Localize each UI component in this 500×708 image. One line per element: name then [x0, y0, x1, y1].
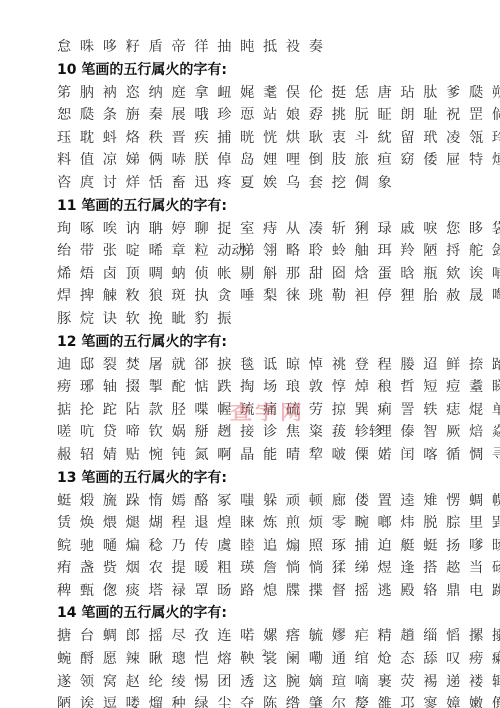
character: 啵 [332, 444, 355, 467]
character: 瑄 [332, 671, 355, 694]
character: 痢 [377, 399, 400, 422]
character: 闰 [400, 444, 423, 467]
character: 惰 [149, 490, 172, 513]
character: 熘 [149, 693, 172, 708]
character: 啕 [492, 285, 500, 308]
character: 罩 [194, 580, 217, 603]
character: 赧 [57, 444, 80, 467]
character: 哺 [492, 263, 500, 286]
character: 瓞 [469, 82, 492, 105]
character: 挑 [332, 104, 355, 127]
character: 孬 [309, 104, 332, 127]
character: 领 [80, 671, 103, 694]
character: 盏 [80, 557, 103, 580]
character: 煎 [286, 512, 309, 535]
section-heading: 11 笔画的五行属火的字有: [57, 195, 477, 218]
character: 焯 [355, 376, 378, 399]
character: 缁 [423, 625, 446, 648]
character: 酹 [80, 648, 103, 671]
character: 珧 [309, 285, 332, 308]
character: 粒 [194, 240, 217, 263]
character: 豹 [194, 308, 217, 331]
character: 庭 [171, 82, 194, 105]
character: 蜓 [423, 535, 446, 558]
character: 焦 [286, 421, 309, 444]
character: 逵 [400, 490, 423, 513]
character: 痏 [57, 557, 80, 580]
character-row: 遂领窝赵纶绫惕团透这腕嫡瑄嘀裹荧裼递褛辄对端畅 [57, 671, 477, 694]
character-row: 赁焕煨煺煳程退煌睐炼煎烦零畹啷炜脱腙里郢陀诔僳 [57, 512, 477, 535]
character: 熔 [217, 648, 240, 671]
character: 顽 [286, 490, 309, 513]
character: 趟 [400, 625, 423, 648]
character: 旸 [217, 580, 240, 603]
character: 躲 [263, 490, 286, 513]
character: 停 [377, 285, 400, 308]
character: 毯 [240, 354, 263, 377]
character: 厥 [446, 421, 469, 444]
character: 当 [469, 557, 492, 580]
character: 疾 [194, 127, 217, 150]
character: 喀 [423, 444, 446, 467]
character: 室 [240, 218, 263, 241]
character: 冢 [217, 490, 240, 513]
character: 跳 [492, 580, 500, 603]
character: 勒 [332, 285, 355, 308]
character: 就 [171, 354, 194, 377]
character: 绫 [171, 671, 194, 694]
character: 砀 [492, 557, 500, 580]
character: 那 [286, 263, 309, 286]
character: 焐 [80, 263, 103, 286]
character: 郢 [492, 512, 500, 535]
character: 掠 [332, 399, 355, 422]
character: 斗 [355, 127, 378, 150]
character: 退 [194, 512, 217, 535]
character-row: 珏耽蚪烙秩晋疾捕晄恍烘耿衷斗紞留玳凌瓴玲烤烈舯 [57, 127, 477, 150]
character: 甄 [80, 580, 103, 603]
character: 从 [286, 218, 309, 241]
character: 诀 [103, 308, 126, 331]
character: 疼 [217, 172, 240, 195]
character: 态 [400, 648, 423, 671]
character: 晾 [286, 354, 309, 377]
character: 慆 [446, 625, 469, 648]
character: 疸 [377, 149, 400, 172]
character: 咮 [80, 36, 103, 59]
character: 畜 [171, 172, 194, 195]
character: 烦 [309, 512, 332, 535]
character: 旸 [492, 535, 500, 558]
character: 倭 [423, 149, 446, 172]
character: 嫡 [309, 671, 332, 694]
character-row: 迪邸裂焚屠就郤捩毯诋晾悼祧登程媵迢鲜捺跆盗媛掭 [57, 354, 477, 377]
character: 猱 [332, 557, 355, 580]
character: 钦 [149, 421, 172, 444]
character: 珏 [57, 127, 80, 150]
character: 照 [309, 535, 332, 558]
section-heading: 10 笔画的五行属火的字有: [57, 59, 477, 82]
character: 瑛 [240, 557, 263, 580]
character: 惕 [194, 671, 217, 694]
character: 蜿 [57, 648, 80, 671]
character: 捺 [469, 354, 492, 377]
character: 朔 [492, 82, 500, 105]
character-row: 绐带张啶晞章粒动动悌翎略聆蛉舳珥羚陋捋舵敛鹿娄 [57, 240, 477, 263]
character: 敉 [126, 285, 149, 308]
character: 诶 [80, 693, 103, 708]
character: 捋 [446, 240, 469, 263]
character: 挽 [149, 308, 172, 331]
character: 睇 [492, 376, 500, 399]
character: 鲜 [446, 354, 469, 377]
character: 蜩 [103, 625, 126, 648]
character: 痘 [446, 376, 469, 399]
character: 偻 [355, 490, 378, 513]
character: 诶 [469, 263, 492, 286]
character: 衲 [103, 82, 126, 105]
character: 狼 [149, 285, 172, 308]
character: 聊 [194, 218, 217, 241]
character: 聆 [309, 240, 332, 263]
character-row: 恕瓞条旃秦展哦珍恧站娘孬挑朊眐朗耻祝罡倘冻倔恫 [57, 104, 477, 127]
character: 电 [469, 580, 492, 603]
character: 暖 [194, 557, 217, 580]
character: 悌 [240, 240, 263, 263]
character: 烜 [492, 149, 500, 172]
character: 尘 [217, 693, 240, 708]
character: 煨 [103, 512, 126, 535]
character: 牒 [286, 580, 309, 603]
character: 接 [240, 421, 263, 444]
character: 捩 [217, 354, 240, 377]
character: 羚 [400, 240, 423, 263]
character: 婷 [171, 218, 194, 241]
character: 理 [377, 421, 400, 444]
character: 纳 [149, 82, 172, 105]
character: 哧 [171, 149, 194, 172]
character: 恺 [194, 648, 217, 671]
character: 盾 [149, 36, 172, 59]
character: 捕 [217, 127, 240, 150]
character: 娌 [263, 149, 286, 172]
character: 凉 [103, 149, 126, 172]
character: 耻 [423, 104, 446, 127]
character: 梨 [263, 285, 286, 308]
character: 乌 [286, 172, 309, 195]
character: 脱 [423, 512, 446, 535]
character: 逗 [103, 693, 126, 708]
character: 料 [57, 149, 80, 172]
character: 籽 [126, 36, 149, 59]
character: 倘 [492, 104, 500, 127]
character: 鞅 [240, 648, 263, 671]
character: 带 [80, 240, 103, 263]
character-row: 掂抡跎阽款胫喋幄琉痛硫劳掠巽痢詈轶痣焜单婷捻量 [57, 399, 477, 422]
character: 喽 [126, 693, 149, 708]
character: 腙 [446, 512, 469, 535]
character: 袒 [355, 285, 378, 308]
character: 痛 [263, 399, 286, 422]
character-row: 蜓煅旒跺惰嫣酪冢嗤躲顽顿廊偻置逵雉愣蜩幌晃诙馱 [57, 490, 477, 513]
character: 耄 [263, 82, 286, 105]
character: 珥 [377, 240, 400, 263]
character: 能 [263, 444, 286, 467]
character: 倒 [309, 149, 332, 172]
character: 烊 [126, 172, 149, 195]
character: 寥 [423, 693, 446, 708]
character: 掇 [126, 376, 149, 399]
character: 炜 [400, 512, 423, 535]
character: 岛 [240, 149, 263, 172]
character: 裼 [423, 671, 446, 694]
character: 睦 [240, 535, 263, 558]
character: 琅 [286, 376, 309, 399]
character: 这 [263, 671, 286, 694]
character: 媵 [400, 354, 423, 377]
character: 琉 [240, 399, 263, 422]
character: 恍 [263, 127, 286, 150]
character: 诋 [263, 354, 286, 377]
character: 敦 [309, 376, 332, 399]
character: 庹 [80, 172, 103, 195]
character: 窈 [400, 149, 423, 172]
character: 虞 [217, 535, 240, 558]
character: 讷 [126, 218, 149, 241]
character: 置 [377, 490, 400, 513]
character: 唳 [423, 218, 446, 241]
character: 瓶 [423, 263, 446, 286]
character: 夏 [240, 172, 263, 195]
character: 雉 [423, 490, 446, 513]
character: 捉 [217, 218, 240, 241]
character: 捭 [80, 285, 103, 308]
character: 斛 [263, 263, 286, 286]
character: 哆 [103, 36, 126, 59]
character: 掰 [194, 421, 217, 444]
character: 悼 [309, 354, 332, 377]
character: 郤 [194, 354, 217, 377]
character: 痨 [57, 376, 80, 399]
character: 遂 [57, 671, 80, 694]
character: 舔 [423, 648, 446, 671]
character: 肢 [332, 149, 355, 172]
character: 凌 [446, 127, 469, 150]
character: 吭 [80, 421, 103, 444]
character: 俩 [149, 149, 172, 172]
character: 褛 [469, 671, 492, 694]
character: 顿 [309, 490, 332, 513]
character-row: 陋诶逗喽熘种绿尘夺陈绺肇尔嫠雒邛寥嫜嫩僚祯逞胀 [57, 693, 477, 708]
character: 绺 [286, 693, 309, 708]
character: 朕 [194, 149, 217, 172]
character: 动动 [217, 240, 240, 263]
character: 煅 [80, 490, 103, 513]
character: 肭 [80, 82, 103, 105]
character: 敛 [492, 240, 500, 263]
character: 执 [194, 285, 217, 308]
character-row: 怠咮哆籽盾帝徉抽盹抵祋奏 [57, 36, 477, 59]
character: 跎 [103, 399, 126, 422]
character: 郎 [126, 625, 149, 648]
character: 旒 [103, 490, 126, 513]
character-row: 蜿酹愿辣瞅璁恺熔鞅裳阑嘞通绾炝态舔叹痨瘌滕裸图 [57, 648, 477, 671]
character: 眦 [171, 308, 194, 331]
character: 晟 [469, 285, 492, 308]
character: 摞 [469, 625, 492, 648]
character: 逃 [377, 580, 400, 603]
character: 巽 [355, 399, 378, 422]
character: 惦 [194, 376, 217, 399]
character: 烘 [286, 127, 309, 150]
character: 猁 [355, 218, 378, 241]
character: 嫪 [332, 625, 355, 648]
character: 晴 [286, 444, 309, 467]
character: 嫩 [469, 693, 492, 708]
character: 挖 [332, 172, 355, 195]
character: 珣 [57, 218, 80, 241]
character: 振 [217, 308, 240, 331]
character: 詈 [400, 399, 423, 422]
character: 愿 [103, 648, 126, 671]
character: 帐 [217, 263, 240, 286]
character: 戚 [400, 218, 423, 241]
character: 惋 [149, 444, 172, 467]
character: 叹 [446, 648, 469, 671]
character: 瓴 [469, 127, 492, 150]
character: 衷 [332, 127, 355, 150]
character: 辣 [126, 648, 149, 671]
character: 辂 [423, 580, 446, 603]
character: 玷 [400, 82, 423, 105]
character: 疟 [355, 625, 378, 648]
character: 菝 [332, 421, 355, 444]
character: 胫 [171, 399, 194, 422]
character: 蜓 [57, 490, 80, 513]
character: 赁 [57, 512, 80, 535]
character: 斩 [332, 218, 355, 241]
character: 詹 [263, 557, 286, 580]
character: 嫘 [263, 625, 286, 648]
character: 尔 [332, 693, 355, 708]
character: 眐 [377, 104, 400, 127]
character: 邛 [400, 693, 423, 708]
character: 张 [103, 240, 126, 263]
character-row: 赧轺婧贴惋钝氮啊晶能晴犂啵傈婼闰喀循惆寻 [57, 444, 477, 467]
character: 迪 [57, 354, 80, 377]
character: 祝 [446, 104, 469, 127]
character: 精 [377, 625, 400, 648]
character-row: 痏盏赀烟农提暖粗瑛詹惝惝猱绨煜逢搭趑当砀媗宣赂 [57, 557, 477, 580]
character: 唉 [103, 218, 126, 241]
character: 跌 [217, 376, 240, 399]
character: 单 [492, 399, 500, 422]
character: 掣 [149, 376, 172, 399]
character: 晋 [171, 127, 194, 150]
character: 尽 [171, 625, 194, 648]
character: 款 [149, 399, 172, 422]
character: 贴 [126, 444, 149, 467]
character: 僚 [492, 693, 500, 708]
character: 啄 [80, 218, 103, 241]
character: 焕 [80, 512, 103, 535]
character: 瓞 [80, 104, 103, 127]
character: 连 [217, 625, 240, 648]
character: 农 [149, 557, 172, 580]
character: 硫 [286, 399, 309, 422]
character: 啶 [126, 240, 149, 263]
character: 轸轸 [355, 421, 378, 444]
character: 站 [263, 104, 286, 127]
character: 煳 [149, 512, 172, 535]
character: 觫 [103, 285, 126, 308]
character: 耽 [80, 127, 103, 150]
character: 琊 [80, 376, 103, 399]
character: 绾 [355, 648, 378, 671]
character: 甜 [309, 263, 332, 286]
character: 章 [171, 240, 194, 263]
character: 傣 [400, 421, 423, 444]
character: 嗤 [240, 490, 263, 513]
character: 痰 [126, 580, 149, 603]
character: 惇 [332, 376, 355, 399]
character: 塔 [149, 580, 172, 603]
character: 焓 [355, 263, 378, 286]
character: 揲 [309, 580, 332, 603]
character: 犂 [309, 444, 332, 467]
character: 煸 [126, 535, 149, 558]
character: 纶 [149, 671, 172, 694]
character-row: 嗟吭贷啼钦娲掰趔接诊焦粢菝轸轸理傣智厥焙焱喃喇 [57, 421, 477, 444]
character: 贷 [103, 421, 126, 444]
character: 跆 [492, 354, 500, 377]
character: 惝 [309, 557, 332, 580]
character: 智 [423, 421, 446, 444]
character: 鲩 [57, 535, 80, 558]
character: 卤 [103, 263, 126, 286]
character-row: 焊捭觫敉狼斑执贪唾梨徕珧勒袒停狸胎赦晟啕烃犁酞 [57, 285, 477, 308]
character: 裂 [103, 354, 126, 377]
character: 蚪 [103, 127, 126, 150]
character: 抡 [80, 399, 103, 422]
character: 陋 [423, 240, 446, 263]
character: 恣 [126, 82, 149, 105]
character: 挺 [332, 82, 355, 105]
character: 惆 [469, 444, 492, 467]
character: 凑 [309, 218, 332, 241]
character: 雒 [377, 693, 400, 708]
character: 肇 [309, 693, 332, 708]
character: 透 [240, 671, 263, 694]
character: 咨 [57, 172, 80, 195]
character: 怠 [57, 36, 80, 59]
character: 窝 [103, 671, 126, 694]
character: 陋 [57, 693, 80, 708]
character: 婼 [377, 444, 400, 467]
character: 聃 [149, 218, 172, 241]
character: 哲 [400, 376, 423, 399]
character: 程 [377, 354, 400, 377]
character: 舳 [355, 240, 378, 263]
character: 象 [377, 172, 400, 195]
character: 赦 [446, 285, 469, 308]
character: 趑 [446, 557, 469, 580]
character: 珍 [217, 104, 240, 127]
character: 毓 [309, 625, 332, 648]
character: 傈 [355, 444, 378, 467]
character: 抵 [263, 36, 286, 59]
character: 瘩 [286, 625, 309, 648]
